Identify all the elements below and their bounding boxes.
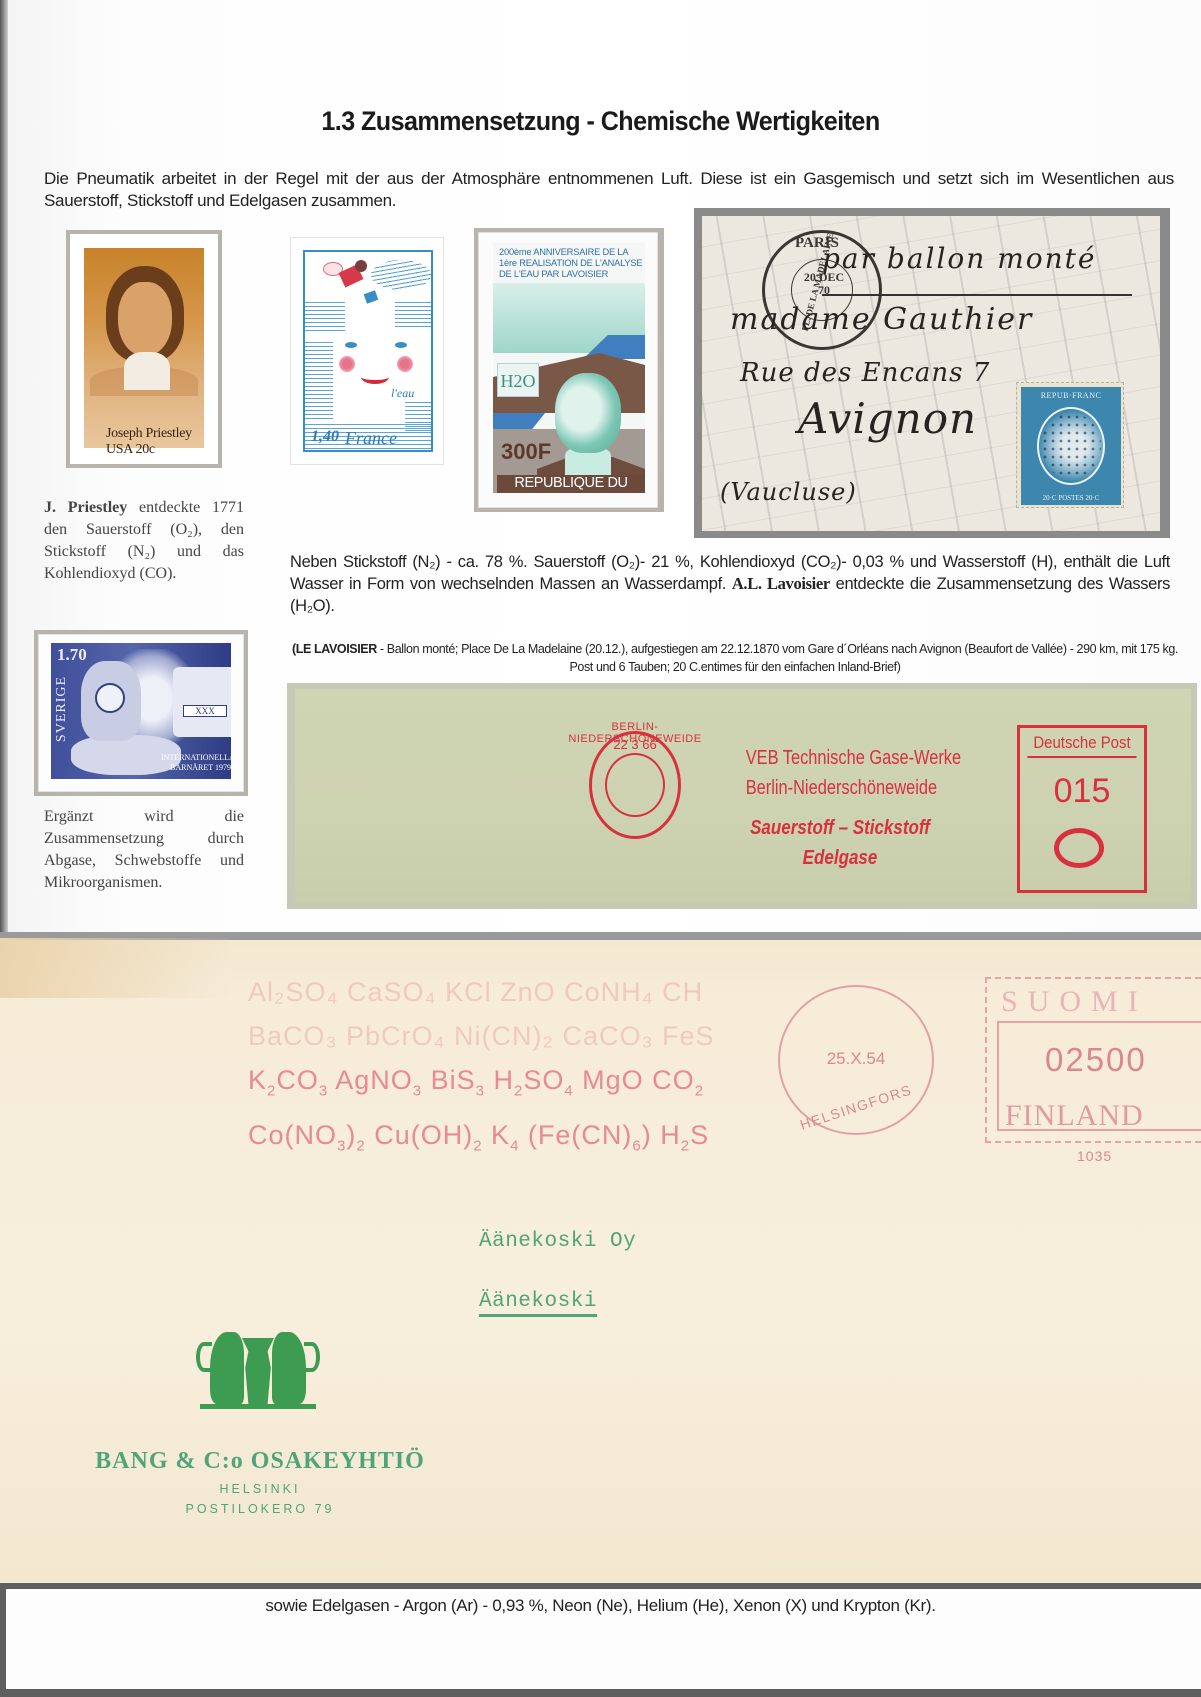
slogan-line: Berlin-Niederschöneweide: [746, 773, 935, 803]
ballon-monte-letter: PARIS PL. DE LA MADELAINE 20 DEC 70 par …: [694, 208, 1170, 538]
formula-text: (Fe(CN): [519, 1120, 632, 1150]
letter-paper: PARIS PL. DE LA MADELAINE 20 DEC 70 par …: [702, 216, 1160, 531]
formula-text: CO: [276, 1065, 319, 1095]
formula-subscript: 4: [564, 1082, 573, 1099]
stamp-header: 200ème ANNIVERSAIRE DE LA 1ère REALISATI…: [499, 247, 644, 280]
stamp-mali: 200ème ANNIVERSAIRE DE LA 1ère REALISATI…: [474, 228, 664, 512]
slogan-line: VEB Technische Gase-Werke: [746, 743, 935, 773]
formula-text: S: [690, 1120, 709, 1150]
chemical-formula-slogan: Al₂SO₄ CaSO₄ KCl ZnO CoNH₄ CH BaCO₃ PbCr…: [248, 970, 768, 1169]
wave-pattern: [305, 302, 345, 332]
license-plate: XXX: [183, 705, 227, 717]
meter-number: 1035: [1077, 1148, 1112, 1164]
handwritten-city: Avignon: [798, 394, 977, 443]
meter-slogan: VEB Technische Gase-Werke Berlin-Nieders…: [725, 743, 955, 873]
lion-tail: [304, 1342, 320, 1372]
fairy-head-icon: [355, 260, 367, 272]
stamp-sverige: XXX 1.70 SVERIGE INTERNATIONELLA BARNÅRE…: [34, 630, 248, 796]
caption-text: - Ballon monté; Place De La Madelaine (2…: [377, 642, 1178, 674]
stamp-country: SVERIGE: [54, 676, 70, 742]
address-line: Äänekoski Oy: [479, 1230, 636, 1253]
stamp-value: 1.70: [57, 645, 87, 665]
stamp-design: XXX 1.70 SVERIGE INTERNATIONELLA BARNÅRE…: [51, 643, 231, 779]
formula-subscript: 6: [632, 1138, 641, 1155]
supplement-paragraph: Ergänzt wird die Zusammensetzung durch A…: [44, 806, 244, 894]
watering-can-icon: [364, 290, 379, 304]
vase: [242, 1338, 274, 1404]
formula-subscript: 4: [510, 1138, 519, 1155]
formula-subscript: 2: [356, 1138, 365, 1155]
portrait-face: [118, 282, 172, 356]
formula-subscript: 2: [681, 1138, 690, 1155]
meter-country: FINLAND: [1005, 1099, 1144, 1133]
address-line: Äänekoski: [479, 1290, 597, 1317]
stamp-footer: 20·C POSTES 20·C: [1029, 494, 1113, 502]
star-cancel-icon: [1041, 413, 1101, 479]
slogan-line: Edelgase: [742, 843, 938, 873]
ballon-caption: (LE LAVOISIER - Ballon monté; Place De L…: [285, 640, 1185, 676]
stamp-paper: Joseph Priestley USA 20c: [70, 234, 218, 464]
envelope-flap: [0, 938, 230, 998]
formula-text: ) H: [642, 1120, 681, 1150]
underline: [822, 294, 1132, 296]
meter-header: SUOMI: [1001, 985, 1148, 1019]
eye-icon: [345, 342, 357, 348]
stamp-design: 200ème ANNIVERSAIRE DE LA 1ère REALISATI…: [493, 243, 645, 493]
stamp-caption: INTERNATIONELLA BARNÅRET 1979: [161, 753, 231, 773]
formula-line: Al₂SO₄ CaSO₄ KCl ZnO CoNH₄ CH: [248, 970, 768, 1014]
page-edge-shadow: [0, 0, 8, 932]
formula-line: K2CO3 AgNO3 BiS3 H2SO4 MgO CO2: [248, 1058, 768, 1113]
posthorn-icon: [1054, 828, 1104, 868]
formula-text: Cu(OH): [366, 1120, 474, 1150]
sender-po-box: POSTILOKERO 79: [40, 1502, 480, 1516]
formula-text: BiS: [422, 1065, 476, 1095]
stamp-design: Joseph Priestley USA 20c: [84, 248, 204, 448]
stamp-header: REPUB·FRANC: [1029, 391, 1113, 400]
lion-left: [210, 1332, 244, 1404]
sender-name: BANG & C:o OSAKEYHTIÖ: [40, 1448, 480, 1475]
postmark-inner-ring: [605, 753, 665, 817]
priestley-name: J. Priestley: [44, 499, 127, 516]
formula-text: SO: [523, 1065, 564, 1095]
noble-gases-text: sowie Edelgasen - Argon (Ar) - 0,93 %, N…: [0, 1596, 1201, 1616]
stamp-frame: REPUB·FRANC 20·C POSTES 20·C: [1021, 387, 1121, 505]
lavoisier-name: A.L. Lavoisier: [732, 574, 830, 593]
postmark-date: 25.X.54: [780, 1049, 932, 1069]
formula-text: AgNO: [328, 1065, 413, 1095]
handwritten-route: par ballon monté: [822, 242, 1096, 275]
formula-subscript: 2: [473, 1138, 482, 1155]
gas-mask-icon: [95, 683, 125, 713]
meter-value: 015: [1020, 772, 1144, 811]
formula-subscript: 2: [514, 1082, 523, 1099]
stamp-value: 300F: [501, 439, 551, 465]
finland-meter: SUOMI 02500 FINLAND: [985, 977, 1201, 1143]
stamp-value: USA 20c: [106, 442, 192, 458]
portrait-collar: [124, 352, 170, 390]
deutsche-post-meter: Deutsche Post 015: [1017, 725, 1147, 893]
formula-line: BaCO₃ PbCrO₄ Ni(CN)₂ CaCO₃ FeS: [248, 1014, 768, 1058]
wave-pattern: [305, 342, 333, 422]
formula-subscript: 2: [267, 1082, 276, 1099]
car-illustration: [173, 667, 231, 737]
cover-paper: BERLIN-NIEDERSCHÖNEWEIDE 22 3 66 VEB Tec…: [295, 689, 1191, 903]
stamp-formula: H2O: [497, 363, 539, 397]
veb-meter-cover: BERLIN-NIEDERSCHÖNEWEIDE 22 3 66 VEB Tec…: [287, 683, 1197, 909]
stamp-paper: XXX 1.70 SVERIGE INTERNATIONELLA BARNÅRE…: [38, 634, 244, 792]
priestley-paragraph: J. Priestley entdeckte 1771 den Sauersto…: [44, 497, 244, 585]
stamp-country: France: [345, 428, 397, 449]
lion-right: [272, 1332, 306, 1404]
formula-text: H: [485, 1065, 514, 1095]
stamp-name: Joseph Priestley: [106, 426, 192, 442]
handwritten-recipient: madame Gauthier: [730, 302, 1033, 337]
stamp-design: l'eau 1,40 France: [303, 250, 433, 452]
formula-subscript: 3: [337, 1138, 346, 1155]
stamp-france: l'eau 1,40 France: [286, 233, 448, 469]
stamp-paper: l'eau 1,40 France: [290, 237, 444, 465]
formula-text: Co(NO: [248, 1120, 337, 1150]
intro-paragraph: Die Pneumatik arbeitet in der Regel mit …: [44, 168, 1174, 212]
formula-subscript: 2: [695, 1082, 704, 1099]
wave-pattern: [395, 302, 433, 328]
cloud-icon: [371, 260, 431, 290]
meter-header: Deutsche Post: [1027, 728, 1136, 758]
stamp-caption: l'eau: [391, 386, 414, 401]
formula-line: Co(NO3)2 Cu(OH)2 K4 (Fe(CN)6) H2S: [248, 1113, 768, 1168]
eye-icon: [395, 342, 407, 348]
slogan-line: Sauerstoff – Stickstoff: [742, 813, 938, 843]
stamp-value: 1,40: [311, 428, 339, 446]
formula-text: K: [483, 1120, 511, 1150]
postmark-date: 22 3 66: [599, 737, 671, 752]
stamp-country: REPUBLIQUE DU MALI: [497, 475, 645, 493]
stamp-priestley: Joseph Priestley USA 20c: [66, 230, 222, 468]
formula-subscript: 3: [476, 1082, 485, 1099]
formula-subscript: 3: [413, 1082, 422, 1099]
formula-text: MgO CO: [574, 1065, 695, 1095]
page-title: 1.3 Zusammensetzung - Chemische Wertigke…: [42, 106, 1159, 137]
caption-balloon-name: (LE LAVOISIER: [292, 642, 377, 656]
helsingfors-postmark: 25.X.54 HELSINGFORS: [778, 985, 934, 1135]
cheek-icon: [339, 356, 355, 372]
meter-value: 02500: [1045, 1041, 1147, 1079]
stamp-paper: 200ème ANNIVERSAIRE DE LA 1ère REALISATI…: [478, 232, 658, 508]
sender-city: HELSINKI: [40, 1482, 480, 1496]
ceres-stamp: REPUB·FRANC 20·C POSTES 20·C: [1016, 382, 1124, 508]
air-composition-paragraph: Neben Stickstoff (N₂) - ca. 78 %. Sauers…: [290, 551, 1170, 617]
portrait-lavoisier: [555, 373, 621, 453]
lions-vase-logo-icon: [196, 1328, 320, 1410]
formula-text: ): [346, 1120, 356, 1150]
logo-base: [200, 1404, 316, 1409]
handwritten-street: Rue des Encans 7: [740, 358, 990, 388]
smile-icon: [361, 370, 389, 384]
handwritten-department: (Vaucluse): [720, 478, 857, 506]
formula-text: K: [248, 1065, 267, 1095]
cheek-icon: [397, 356, 413, 372]
stamp-inscription: Joseph Priestley USA 20c: [106, 426, 192, 458]
formula-subscript: 3: [319, 1082, 328, 1099]
